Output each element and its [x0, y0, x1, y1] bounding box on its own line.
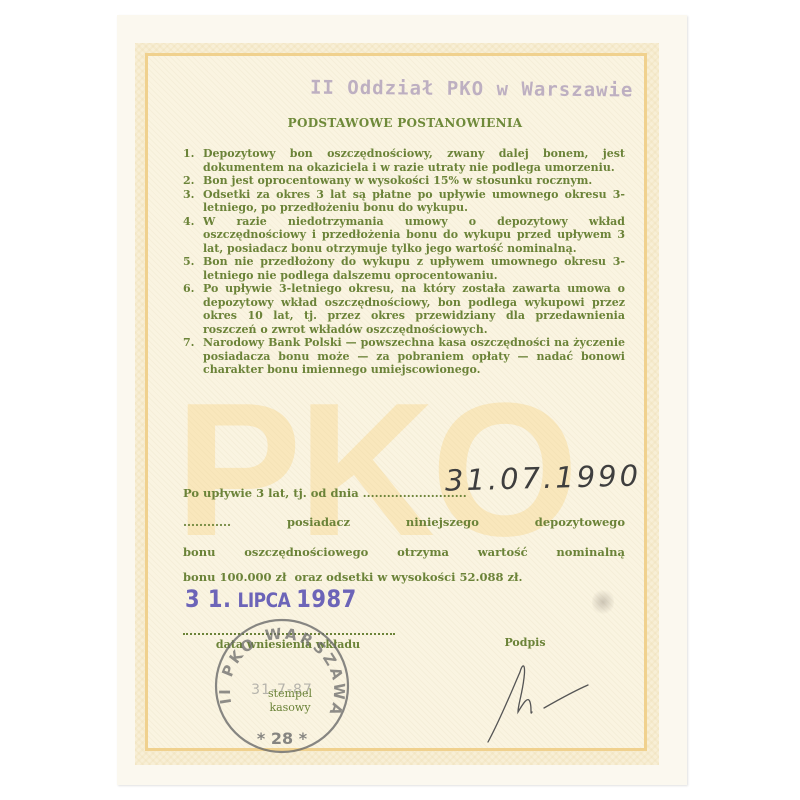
svg-text:* 28 *: * 28 *: [257, 729, 308, 748]
nominal-line: bonu oszczędnościowego otrzyma wartość n…: [183, 545, 625, 559]
document-title: PODSTAWOWE POSTANOWIENIA: [0, 116, 800, 130]
provision-item: 4. W razie niedotrzymania umowy o depozy…: [183, 215, 625, 256]
interest-value: 52.088: [459, 570, 503, 584]
deposit-date-stamp: 3 1.LIPCA1987: [185, 585, 357, 613]
provision-item: 7. Narodowy Bank Polski — powszechna kas…: [183, 336, 625, 377]
branch-stamp: II Oddział PKO w Warszawie: [310, 77, 634, 102]
cash-register-stamp-icon: II PKO WARSZAWA 31-7-87 * 28 *: [212, 616, 352, 756]
signature-scribble-icon: [480, 650, 600, 750]
amount-line: bonu 100.000 zł oraz odsetki w wysokości…: [183, 570, 625, 584]
provision-item: 5. Bon nie przedłożony do wykupu z upływ…: [183, 255, 625, 282]
provision-item: 1. Depozytowy bon oszczędnościowy, zwany…: [183, 147, 625, 174]
nominal-value: 100.000: [219, 570, 271, 584]
provision-item: 6. Po upływie 3-letniego okresu, na któr…: [183, 282, 625, 336]
provisions-list: 1. Depozytowy bon oszczędnościowy, zwany…: [183, 147, 625, 377]
holder-line: ............ posiadacz niniejszego depoz…: [183, 515, 625, 529]
cash-stamp-label: stempel kasowy: [255, 687, 325, 715]
provision-item: 3. Odsetki za okres 3 lat są płatne po u…: [183, 188, 625, 215]
handwritten-maturity-date: 31.07.1990: [445, 458, 642, 497]
signature-label: Podpis: [495, 636, 555, 649]
ink-smudge: [592, 588, 614, 616]
provision-item: 2. Bon jest oprocentowany w wysokości 15…: [183, 174, 625, 188]
